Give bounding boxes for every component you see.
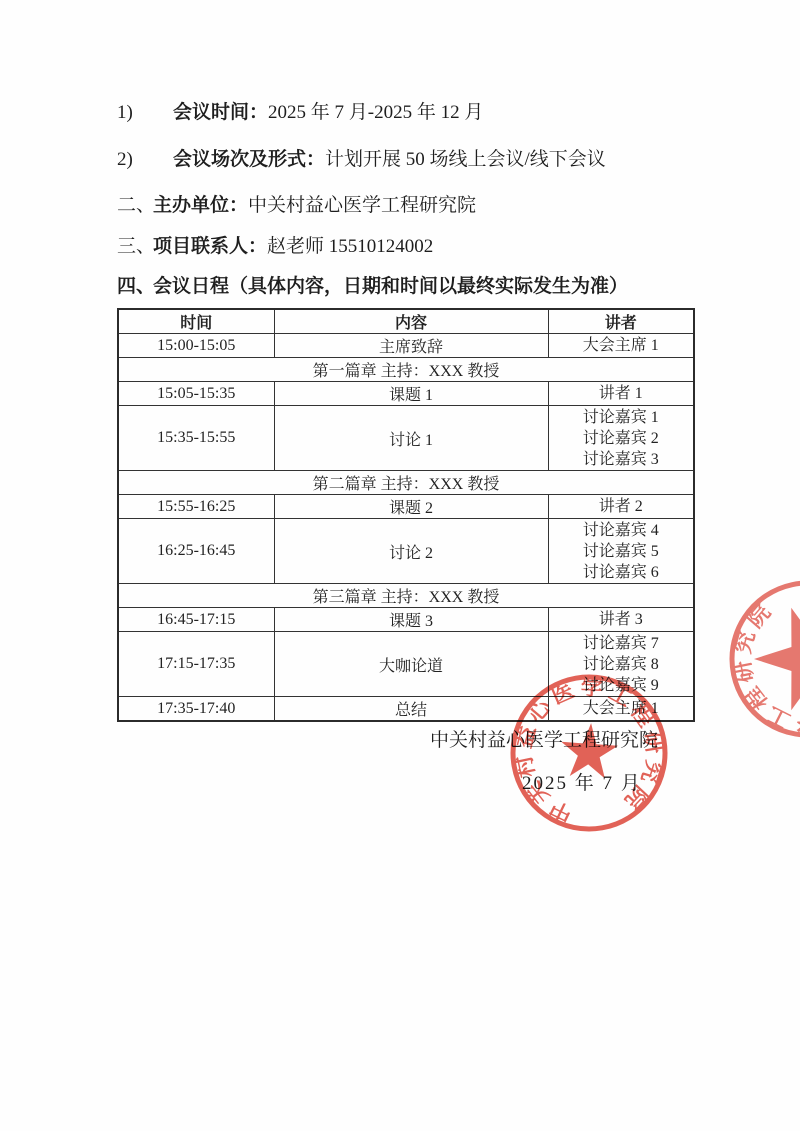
agenda-row: 17:15-17:35大咖论道讨论嘉宾 7讨论嘉宾 8讨论嘉宾 9 (118, 632, 694, 697)
speaker-name: 讨论嘉宾 6 (549, 562, 694, 583)
cell-time: 17:15-17:35 (118, 632, 274, 697)
item-number: 2) (117, 149, 173, 171)
intro-line-contact: 三、项目联系人：赵老师 15510124002 (117, 236, 433, 258)
cell-speakers: 讨论嘉宾 4讨论嘉宾 5讨论嘉宾 6 (548, 519, 694, 584)
seal-ring (718, 569, 800, 749)
cell-time: 15:00-15:05 (118, 334, 274, 358)
intro-line-agenda-title: 四、会议日程（具体内容，日期和时间以最终实际发生为准） (117, 276, 628, 298)
agenda-row: 17:35-17:40总结大会主席 1 (118, 697, 694, 722)
speaker-name: 讨论嘉宾 4 (549, 520, 694, 541)
cell-speakers: 讲者 2 (548, 495, 694, 519)
speaker-name: 讨论嘉宾 2 (549, 428, 694, 449)
item-value: （具体内容，日期和时间以最终实际发生为准） (229, 276, 628, 297)
item-value: 计划开展 50 场线上会议/线下会议 (325, 149, 606, 170)
section-title: 第一篇章 主持：XXX 教授 (118, 358, 694, 382)
section-row: 第三篇章 主持：XXX 教授 (118, 584, 694, 608)
cell-content: 主席致辞 (274, 334, 548, 358)
cell-time: 15:05-15:35 (118, 382, 274, 406)
agenda-row: 16:45-17:15课题 3讲者 3 (118, 608, 694, 632)
speaker-name: 大会主席 1 (549, 698, 694, 719)
intro-line-meeting-time: 1)会议时间：2025 年 7 月-2025 年 12 月 (117, 102, 483, 124)
cell-content: 总结 (274, 697, 548, 722)
item-value: 中关村益心医学工程研究院 (248, 195, 476, 216)
cell-speakers: 讲者 3 (548, 608, 694, 632)
item-number: 1) (117, 102, 173, 124)
speaker-name: 讨论嘉宾 5 (549, 541, 694, 562)
agenda-row: 15:00-15:05主席致辞大会主席 1 (118, 334, 694, 358)
item-label: 会议时间： (173, 102, 268, 123)
cell-speakers: 大会主席 1 (548, 334, 694, 358)
speaker-name: 讲者 3 (549, 609, 694, 630)
seal-ring-text: 中关村益心医学工程研究院 (717, 575, 800, 752)
agenda-row: 15:05-15:35课题 1讲者 1 (118, 382, 694, 406)
signature-organization: 中关村益心医学工程研究院 (430, 725, 658, 752)
speaker-name: 讨论嘉宾 9 (549, 675, 694, 696)
header-time: 时间 (118, 309, 274, 334)
section-row: 第一篇章 主持：XXX 教授 (118, 358, 694, 382)
cell-content: 讨论 2 (274, 519, 548, 584)
speaker-name: 讨论嘉宾 1 (549, 407, 694, 428)
item-number: 四、 (117, 276, 153, 298)
speaker-name: 讨论嘉宾 3 (549, 449, 694, 470)
cell-content: 讨论 1 (274, 406, 548, 471)
intro-line-organizer: 二、主办单位：中关村益心医学工程研究院 (117, 195, 476, 217)
agenda-row: 16:25-16:45讨论 2讨论嘉宾 4讨论嘉宾 5讨论嘉宾 6 (118, 519, 694, 584)
section-title: 第三篇章 主持：XXX 教授 (118, 584, 694, 608)
item-label: 主办单位： (153, 195, 248, 216)
document-page: 1)会议时间：2025 年 7 月-2025 年 12 月 2)会议场次及形式：… (0, 0, 800, 1131)
cell-time: 16:25-16:45 (118, 519, 274, 584)
item-number: 二、 (117, 195, 153, 217)
header-speaker: 讲者 (548, 309, 694, 334)
speaker-name: 讲者 2 (549, 496, 694, 517)
cell-speakers: 讲者 1 (548, 382, 694, 406)
agenda-row: 15:35-15:55讨论 1讨论嘉宾 1讨论嘉宾 2讨论嘉宾 3 (118, 406, 694, 471)
speaker-name: 讨论嘉宾 7 (549, 633, 694, 654)
item-label: 项目联系人： (153, 236, 267, 257)
signature-date: 2025 年 7 月 (522, 768, 642, 795)
item-value: 2025 年 7 月-2025 年 12 月 (268, 102, 483, 123)
cell-time: 16:45-17:15 (118, 608, 274, 632)
cell-time: 15:35-15:55 (118, 406, 274, 471)
cell-speakers: 大会主席 1 (548, 697, 694, 722)
edge-seal-stamp: 中关村益心医学工程研究院 (708, 559, 800, 759)
intro-line-meeting-format: 2)会议场次及形式：计划开展 50 场线上会议/线下会议 (117, 149, 606, 171)
section-title: 第二篇章 主持：XXX 教授 (118, 471, 694, 495)
cell-content: 课题 1 (274, 382, 548, 406)
cell-speakers: 讨论嘉宾 1讨论嘉宾 2讨论嘉宾 3 (548, 406, 694, 471)
cell-content: 课题 2 (274, 495, 548, 519)
item-number: 三、 (117, 236, 153, 258)
item-value: 赵老师 15510124002 (267, 236, 433, 257)
agenda-row: 15:55-16:25课题 2讲者 2 (118, 495, 694, 519)
agenda-header-row: 时间 内容 讲者 (118, 309, 694, 334)
speaker-name: 讨论嘉宾 8 (549, 654, 694, 675)
section-row: 第二篇章 主持：XXX 教授 (118, 471, 694, 495)
item-label: 会议场次及形式： (173, 149, 325, 170)
cell-content: 课题 3 (274, 608, 548, 632)
cell-speakers: 讨论嘉宾 7讨论嘉宾 8讨论嘉宾 9 (548, 632, 694, 697)
item-label: 会议日程 (153, 276, 229, 297)
agenda-table: 时间 内容 讲者 15:00-15:05主席致辞大会主席 1第一篇章 主持：XX… (117, 308, 695, 722)
seal-graphic: 中关村益心医学工程研究院 (708, 559, 800, 759)
cell-time: 15:55-16:25 (118, 495, 274, 519)
speaker-name: 讲者 1 (549, 383, 694, 404)
cell-time: 17:35-17:40 (118, 697, 274, 722)
svg-text:中关村益心医学工程研究院: 中关村益心医学工程研究院 (717, 575, 800, 752)
seal-star-icon (754, 608, 800, 711)
cell-content: 大咖论道 (274, 632, 548, 697)
header-content: 内容 (274, 309, 548, 334)
speaker-name: 大会主席 1 (549, 335, 694, 356)
agenda-table-body: 15:00-15:05主席致辞大会主席 1第一篇章 主持：XXX 教授15:05… (118, 334, 694, 722)
